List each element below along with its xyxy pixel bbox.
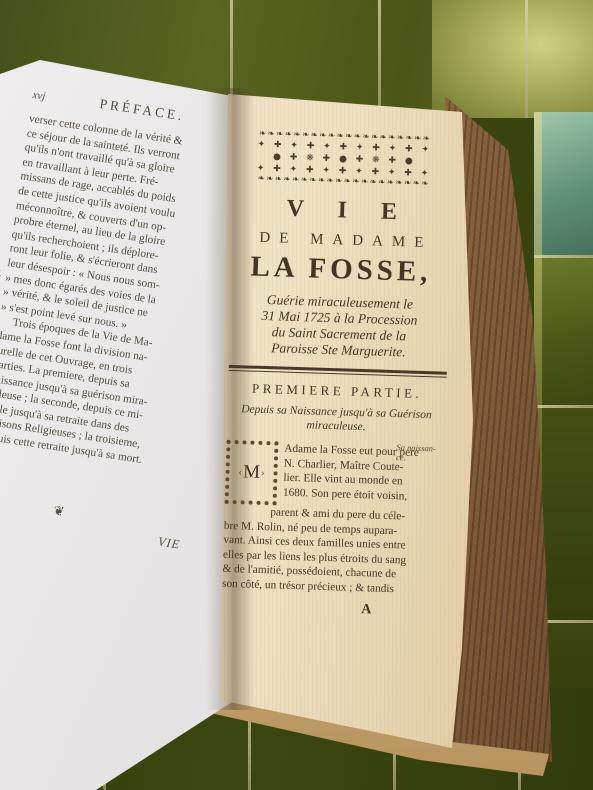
double-rule xyxy=(229,365,447,378)
catchword: VIE xyxy=(157,533,182,553)
initial-bracket-icon: › xyxy=(261,467,265,479)
text-line: ce. xyxy=(396,453,448,464)
tile-right-olive xyxy=(534,257,593,407)
grout-line xyxy=(525,0,528,118)
part-subtitle: Depuis sa Naissance jusqu'à sa Guérison … xyxy=(227,402,446,437)
title-line-la-fosse: LA FOSSE, xyxy=(232,250,451,290)
initial-bracket-icon: ‹ xyxy=(238,466,242,478)
headpiece-ornament: ❧❧❧❧❧❧❧❧❧❧❧❧❧❧❧❧❧❧❧❧ ✦ ✚ ✦ ✚ ✦ ✚ ✦ ✚ ✦ ✚… xyxy=(241,128,449,190)
title-line-de-madame: DE MADAME xyxy=(233,229,451,253)
book-photo-scene: xvj PRÉFACE. Sag. 5. verser cette colonn… xyxy=(0,0,593,790)
grout-line xyxy=(378,0,381,118)
grout-line xyxy=(534,405,593,408)
grout-line xyxy=(534,255,593,258)
tile-top-right xyxy=(432,0,593,118)
preface-paragraph-1: verser cette colonne de la vérité & ce s… xyxy=(0,112,236,345)
part-heading: PREMIERE PARTIE. xyxy=(228,380,446,403)
body-full-lines: bre M. Rolin, né peu de temps aupara- va… xyxy=(222,518,442,598)
title-line-vie: V I E xyxy=(233,194,452,228)
ornamental-initial: ‹ M › xyxy=(225,440,279,506)
right-margin-note: Sa naissan- ce. xyxy=(396,443,449,464)
tile-right-teal xyxy=(534,112,593,257)
right-page-text: ❧❧❧❧❧❧❧❧❧❧❧❧❧❧❧❧❧❧❧❧ ✦ ✚ ✦ ✚ ✦ ✚ ✦ ✚ ✦ ✚… xyxy=(221,108,455,620)
initial-letter: M xyxy=(243,461,261,484)
title-subtitle: Guérie miraculeusement le 31 Mai 1725 à … xyxy=(229,291,449,362)
